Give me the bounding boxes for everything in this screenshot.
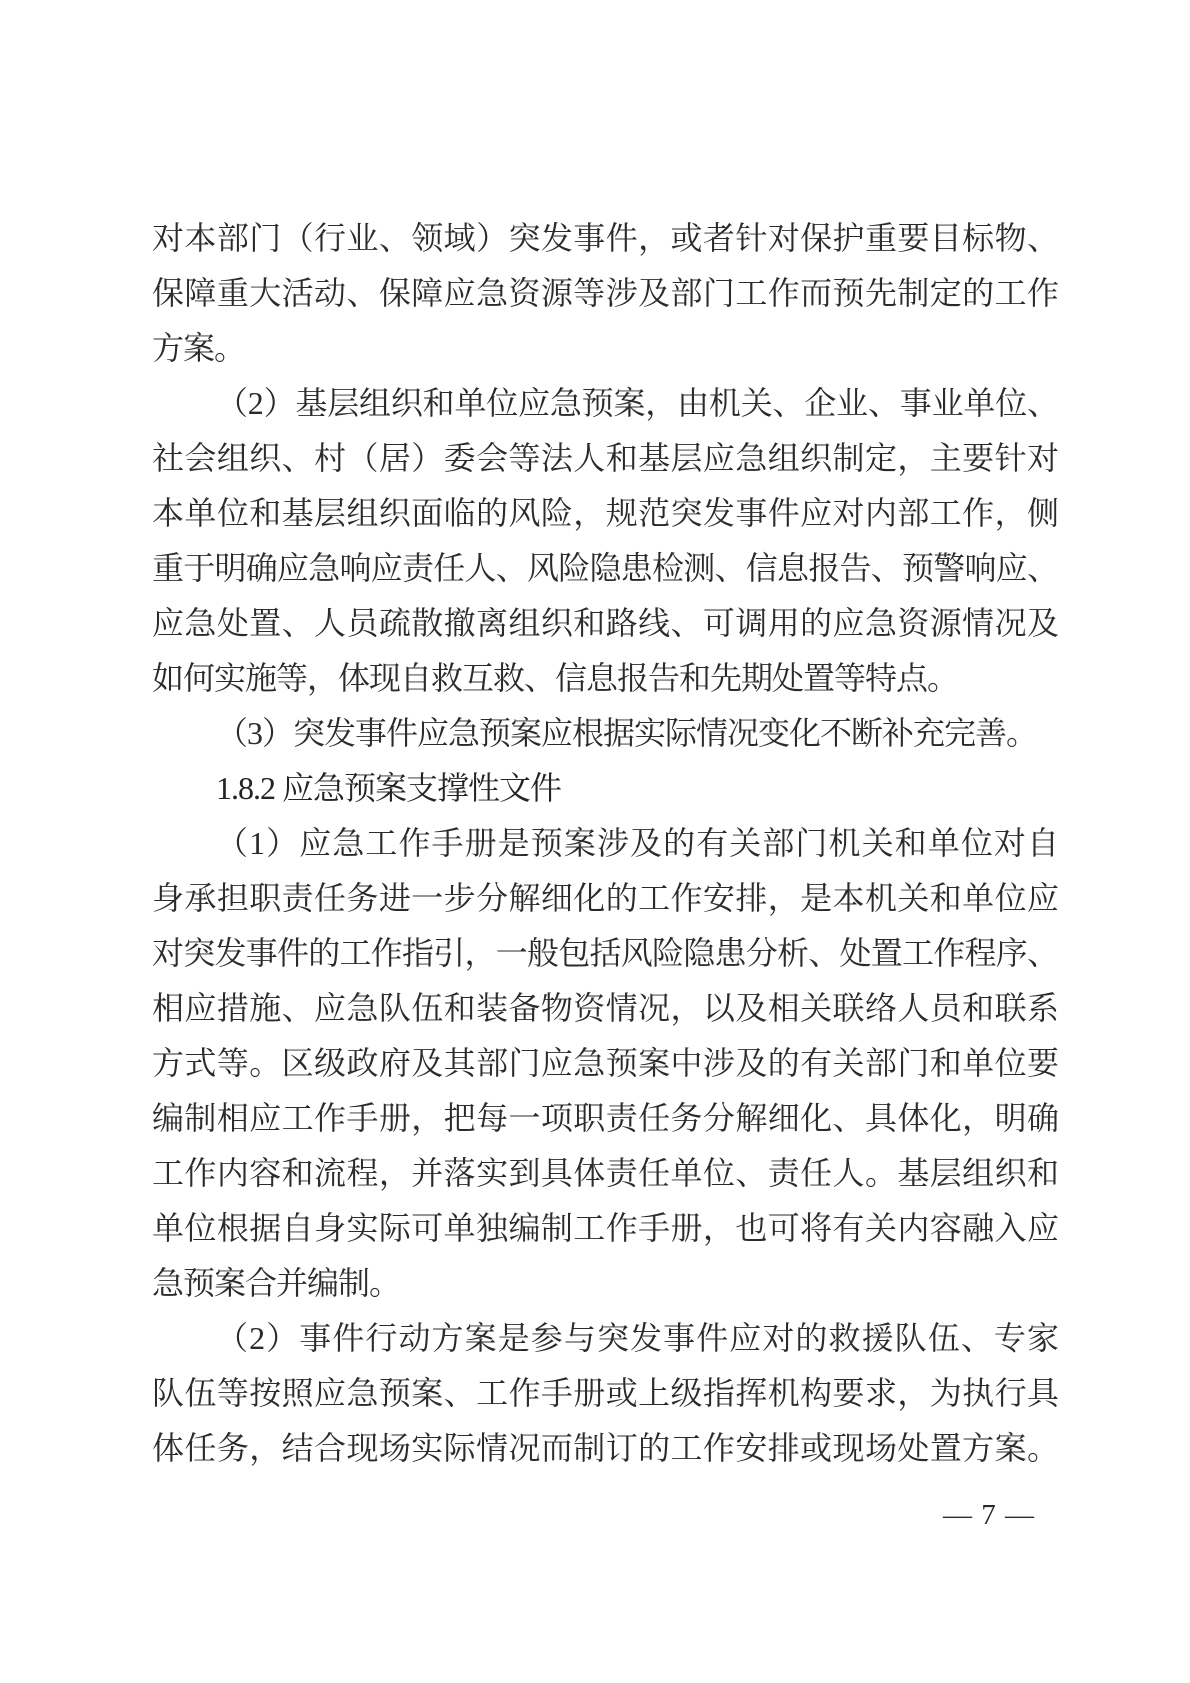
text-line: 应急处置、人员疏散撤离组织和路线、可调用的应急资源情况及 — [152, 596, 1058, 651]
text-line: 单位根据自身实际可单独编制工作手册，也可将有关内容融入应 — [152, 1201, 1058, 1256]
text-line: （3）突发事件应急预案应根据实际情况变化不断补充完善。 — [152, 706, 1058, 761]
text-line: 队伍等按照应急预案、工作手册或上级指挥机构要求，为执行具 — [152, 1366, 1058, 1421]
text-line: 体任务，结合现场实际情况而制订的工作安排或现场处置方案。 — [152, 1421, 1058, 1476]
page-footer: — 7 — — [943, 1498, 1035, 1532]
text-line: （2）事件行动方案是参与突发事件应对的救援队伍、专家 — [152, 1311, 1058, 1366]
text-line: 保障重大活动、保障应急资源等涉及部门工作而预先制定的工作 — [152, 266, 1058, 321]
text-line: 方式等。区级政府及其部门应急预案中涉及的有关部门和单位要 — [152, 1036, 1058, 1091]
text-line: 编制相应工作手册，把每一项职责任务分解细化、具体化，明确 — [152, 1091, 1058, 1146]
text-line: 对突发事件的工作指引，一般包括风险隐患分析、处置工作程序、 — [152, 926, 1058, 981]
document-page: 对本部门（行业、领域）突发事件，或者针对保护重要目标物、保障重大活动、保障应急资… — [0, 0, 1190, 1683]
text-line: 重于明确应急响应责任人、风险隐患检测、信息报告、预警响应、 — [152, 541, 1058, 596]
text-line: 如何实施等，体现自救互救、信息报告和先期处置等特点。 — [152, 651, 1058, 706]
text-line: 相应措施、应急队伍和装备物资情况，以及相关联络人员和联系 — [152, 981, 1058, 1036]
text-line: 社会组织、村（居）委会等法人和基层应急组织制定，主要针对 — [152, 431, 1058, 486]
page-number: — 7 — — [943, 1499, 1035, 1531]
text-line: 本单位和基层组织面临的风险，规范突发事件应对内部工作，侧 — [152, 486, 1058, 541]
section-heading: 1.8.2 应急预案支撑性文件 — [152, 761, 1058, 816]
text-line: 急预案合并编制。 — [152, 1256, 1058, 1311]
text-line: 身承担职责任务进一步分解细化的工作安排，是本机关和单位应 — [152, 871, 1058, 926]
text-line: （1）应急工作手册是预案涉及的有关部门机关和单位对自 — [152, 816, 1058, 871]
text-line: 方案。 — [152, 321, 1058, 376]
text-line: 对本部门（行业、领域）突发事件，或者针对保护重要目标物、 — [152, 211, 1058, 266]
document-body: 对本部门（行业、领域）突发事件，或者针对保护重要目标物、保障重大活动、保障应急资… — [152, 211, 1058, 1476]
text-line: （2）基层组织和单位应急预案，由机关、企业、事业单位、 — [152, 376, 1058, 431]
text-line: 工作内容和流程，并落实到具体责任单位、责任人。基层组织和 — [152, 1146, 1058, 1201]
